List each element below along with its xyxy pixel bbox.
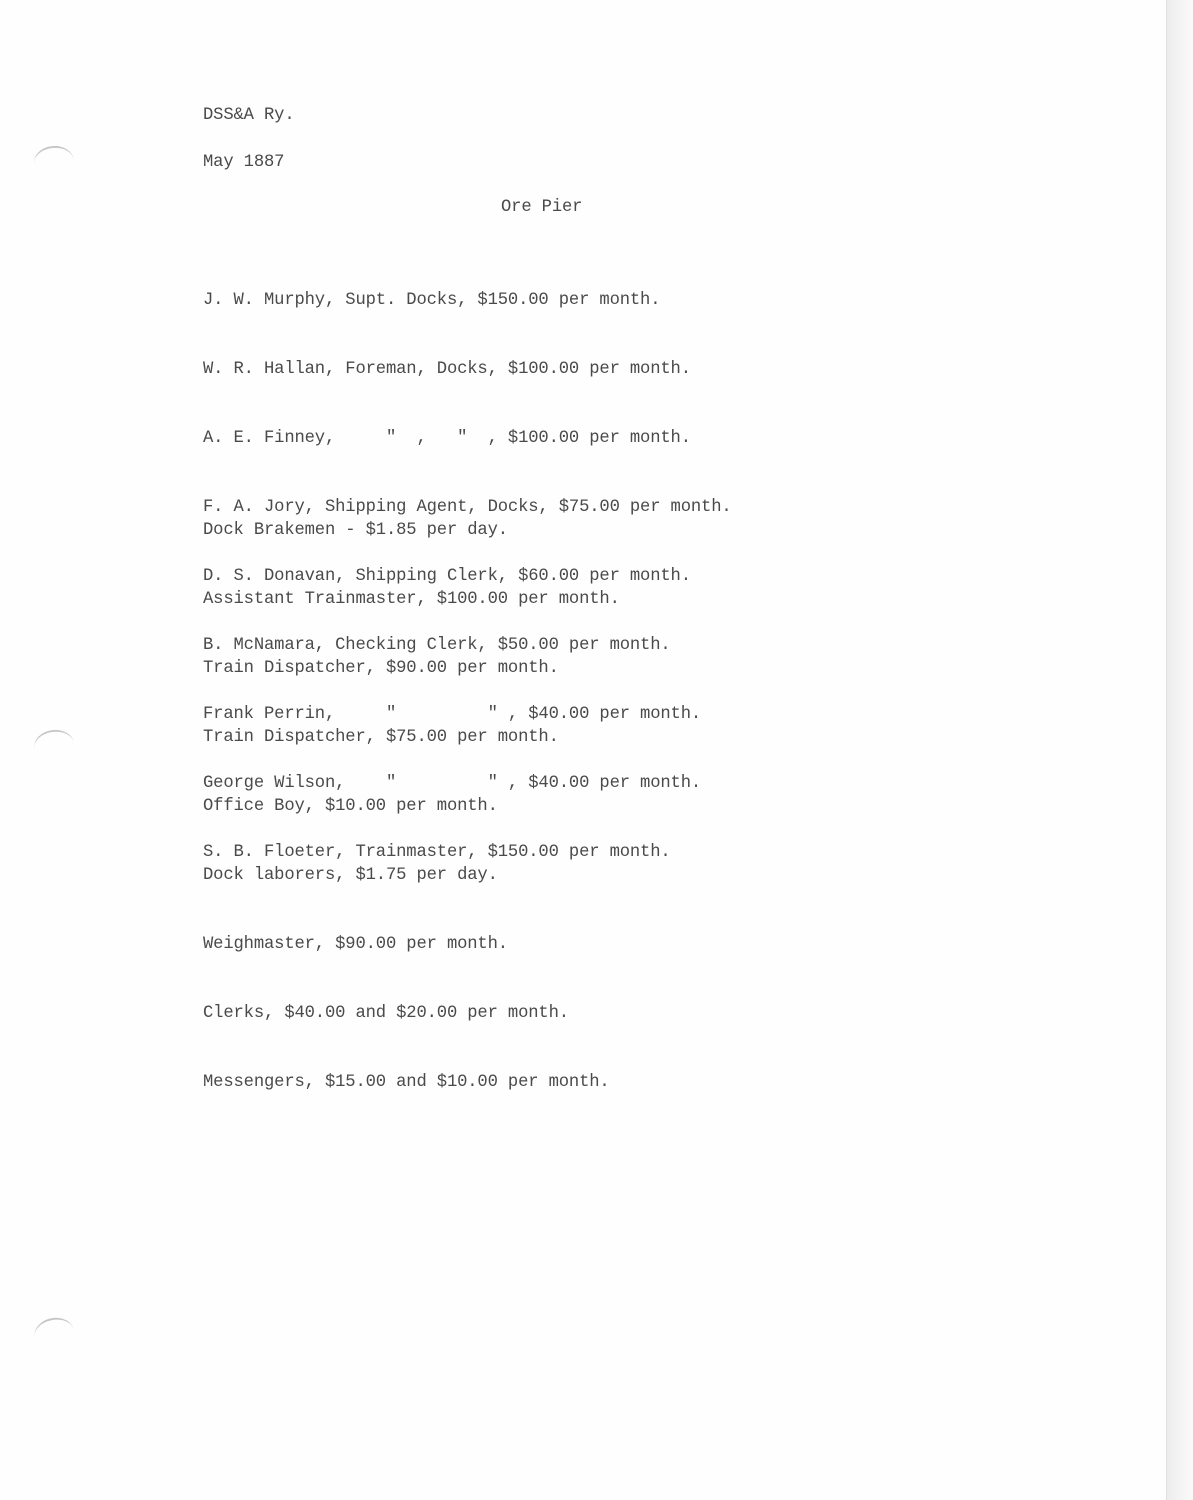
staff-line: W. R. Hallan, Foreman, Docks, $100.00 pe… bbox=[203, 358, 732, 381]
page-edge-shadow bbox=[1166, 0, 1193, 1500]
wage-line: Messengers, $15.00 and $10.00 per month. bbox=[203, 1071, 620, 1094]
binder-hole-mark bbox=[32, 1315, 74, 1338]
staff-line: J. W. Murphy, Supt. Docks, $150.00 per m… bbox=[203, 289, 732, 312]
document-title: Ore Pier bbox=[501, 196, 582, 219]
wage-line: Dock laborers, $1.75 per day. bbox=[203, 864, 620, 887]
wage-line: Office Boy, $10.00 per month. bbox=[203, 795, 620, 818]
binder-hole-mark bbox=[32, 144, 73, 164]
wage-line: Dock Brakemen - $1.85 per day. bbox=[203, 519, 620, 542]
binder-hole-mark bbox=[32, 727, 74, 748]
wage-line: Assistant Trainmaster, $100.00 per month… bbox=[203, 588, 620, 611]
company-name: DSS&A Ry. bbox=[203, 104, 294, 127]
wage-line: Train Dispatcher, $90.00 per month. bbox=[203, 657, 620, 680]
document-page: DSS&A Ry. May 1887 Ore Pier J. W. Murphy… bbox=[0, 0, 1166, 1500]
wage-line: Clerks, $40.00 and $20.00 per month. bbox=[203, 1002, 620, 1025]
wage-list: Dock Brakemen - $1.85 per day. Assistant… bbox=[203, 473, 620, 1140]
wage-line: Train Dispatcher, $75.00 per month. bbox=[203, 726, 620, 749]
staff-line: A. E. Finney, " , " , $100.00 per month. bbox=[203, 427, 732, 450]
wage-line: Weighmaster, $90.00 per month. bbox=[203, 933, 620, 956]
document-date: May 1887 bbox=[203, 151, 284, 174]
